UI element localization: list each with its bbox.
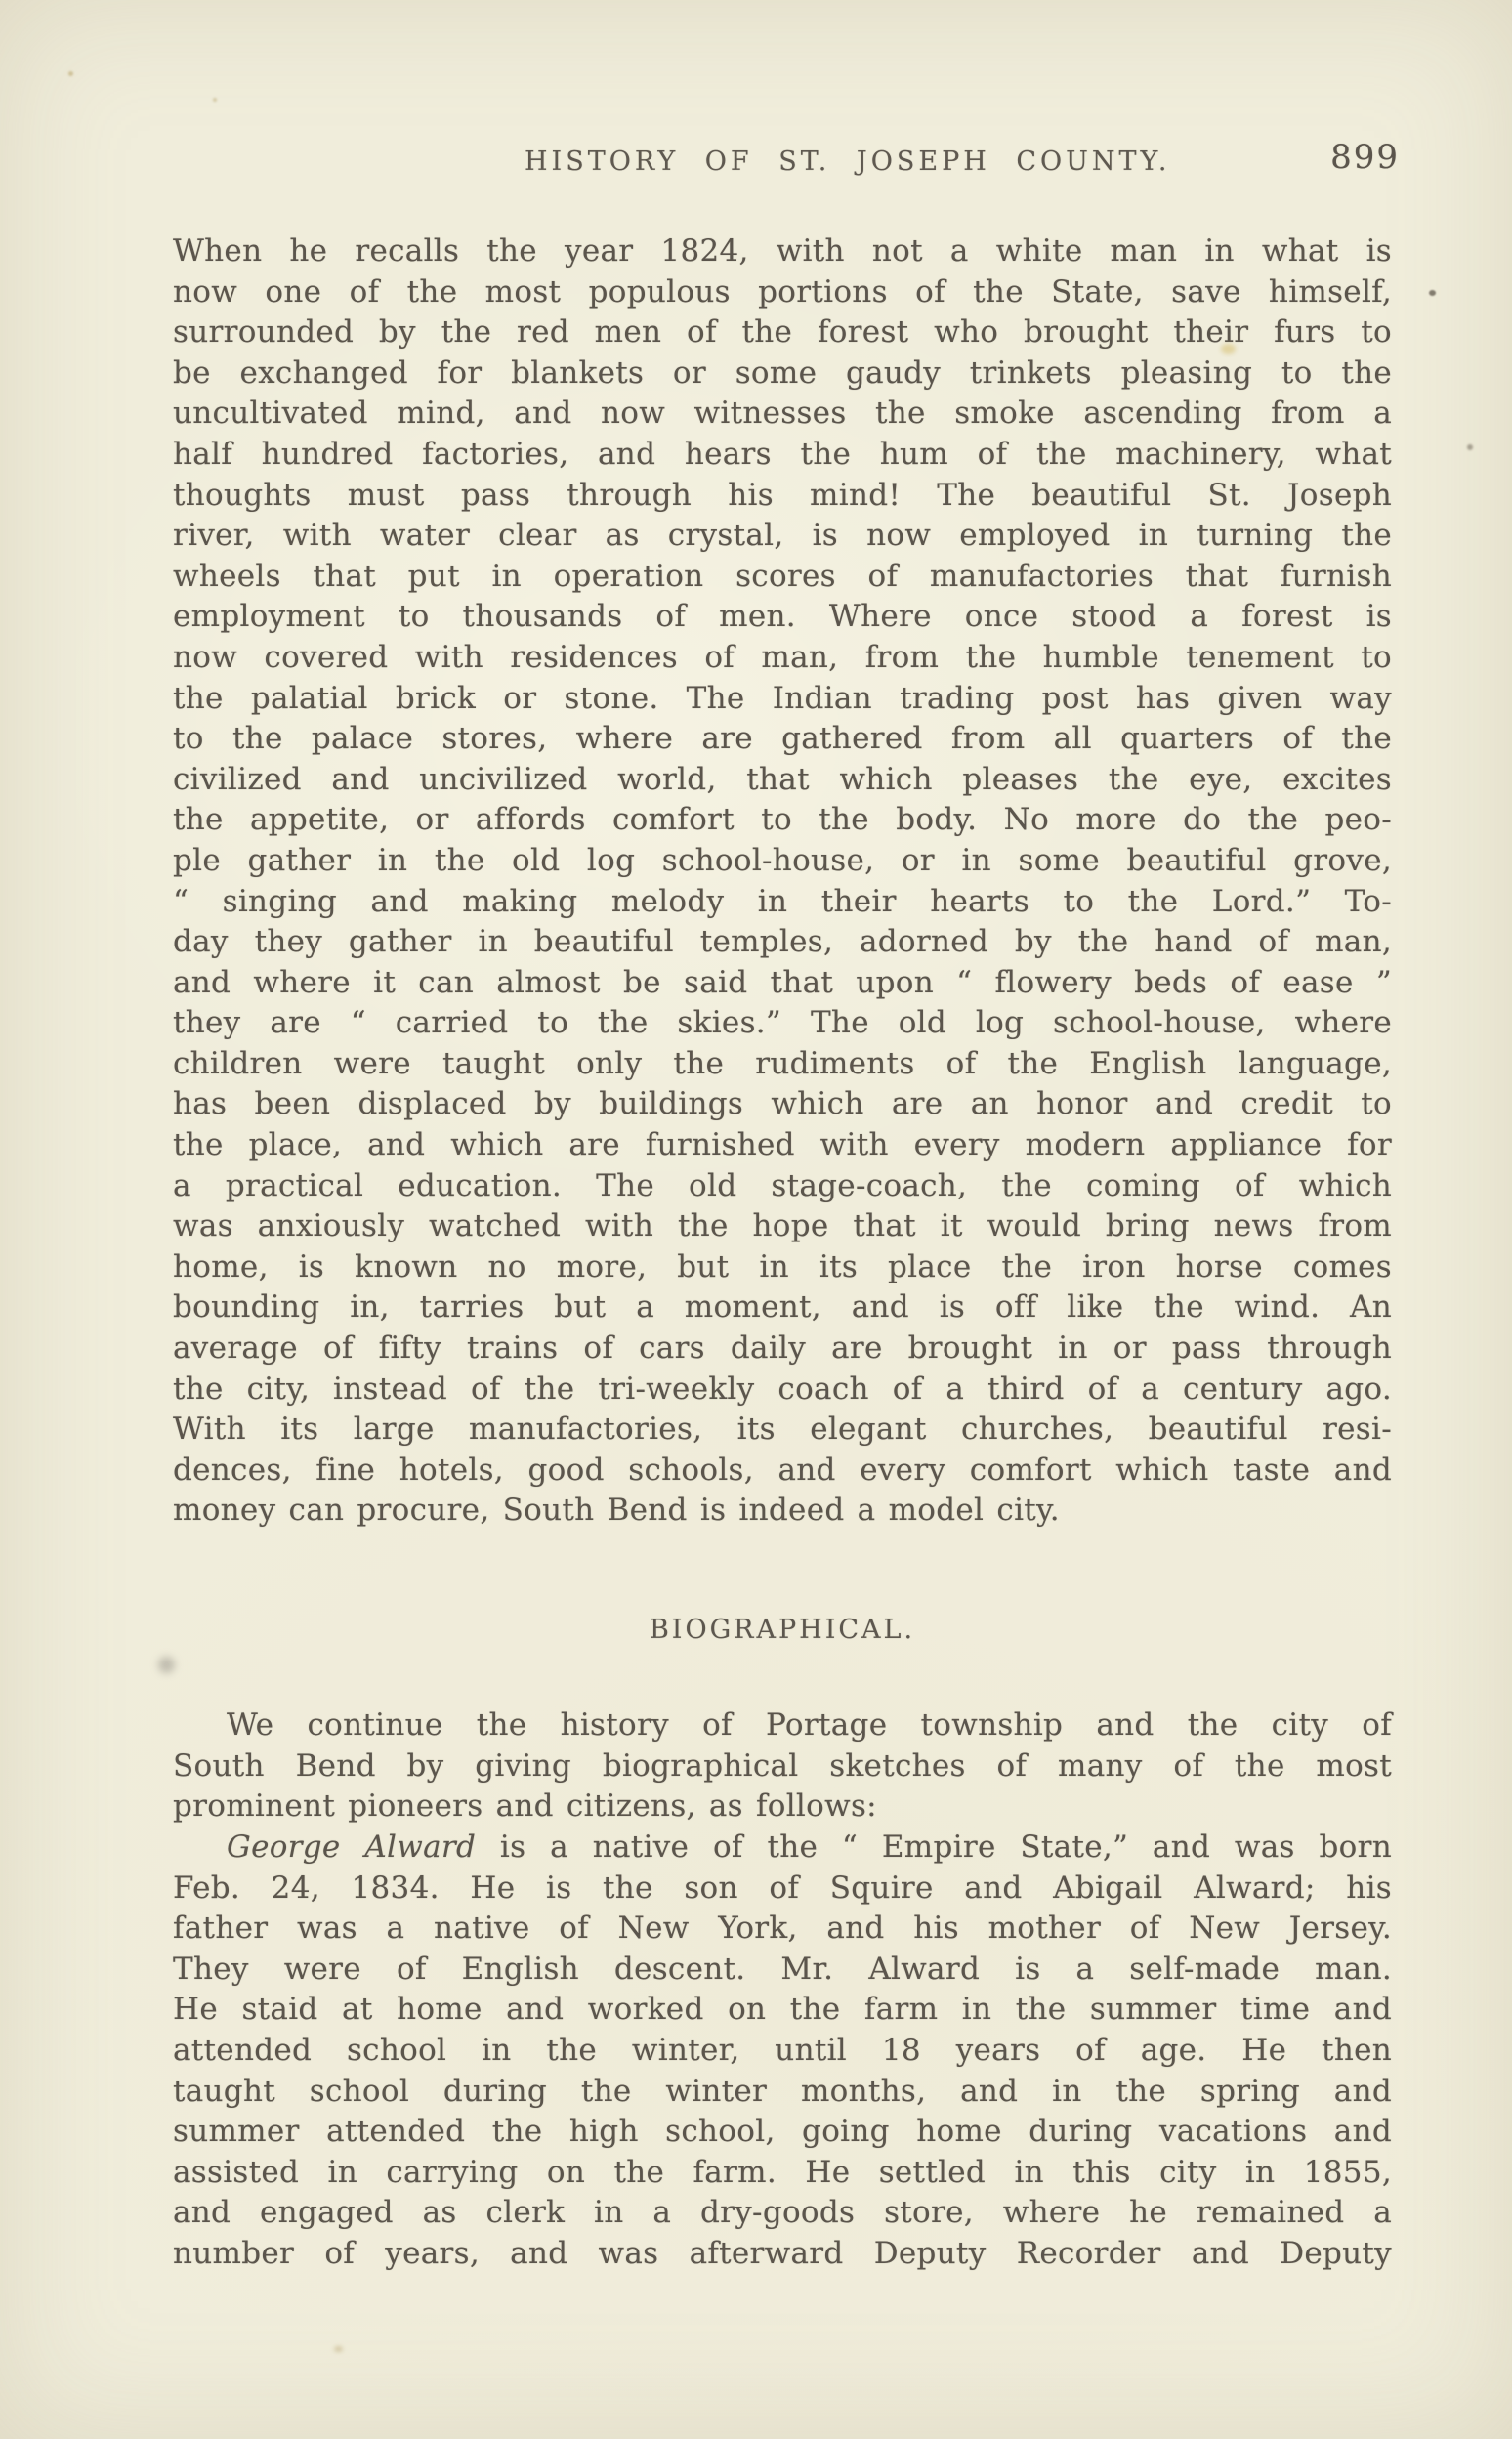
person-name-italic: George Alward [227, 1829, 476, 1865]
text-line: children were taught only the rudiments … [173, 1044, 1392, 1085]
paper-speck [1429, 290, 1436, 296]
text-line: number of years, and was afterward Deput… [173, 2234, 1392, 2275]
paragraph-intro: When he recalls the year 1824, with not … [173, 231, 1392, 1532]
paragraph-biographical-intro: We continue the history of Portage towns… [173, 1705, 1392, 1828]
paper-speck [334, 2346, 343, 2352]
text-line: be exchanged for blankets or some gaudy … [173, 354, 1392, 395]
text-line: now covered with residences of man, from… [173, 638, 1392, 679]
text-line: ple gather in the old log school-house, … [173, 841, 1392, 882]
text-line: a practical education. The old stage-coa… [173, 1166, 1392, 1207]
text-line: summer attended the high school, going h… [173, 2112, 1392, 2153]
book-page: HISTORY OF ST. JOSEPH COUNTY. 899 When h… [0, 0, 1512, 2439]
text-line: uncultivated mind, and now witnesses the… [173, 394, 1392, 435]
text-line: “ singing and making melody in their hea… [173, 882, 1392, 923]
page-number: 899 [1330, 138, 1400, 177]
running-head: HISTORY OF ST. JOSEPH COUNTY. [525, 147, 1170, 177]
text-line: prominent pioneers and citizens, as foll… [173, 1787, 1392, 1828]
text-line: South Bend by giving biographical sketch… [173, 1746, 1392, 1787]
text-line: We continue the history of Portage towns… [173, 1705, 1392, 1746]
text-line: employment to thousands of men. Where on… [173, 597, 1392, 638]
text-line: and where it can almost be said that upo… [173, 963, 1392, 1004]
text-line: taught school during the winter months, … [173, 2072, 1392, 2113]
text-line: thoughts must pass through his mind! The… [173, 476, 1392, 517]
paper-speck [68, 71, 73, 76]
text-line: average of fifty trains of cars daily ar… [173, 1328, 1392, 1369]
text-line: With its large manufactories, its elegan… [173, 1409, 1392, 1451]
text-line: When he recalls the year 1824, with not … [173, 231, 1392, 273]
paper-speck [1467, 444, 1473, 450]
text-line: they are “ carried to the skies.” The ol… [173, 1003, 1392, 1044]
text-line: now one of the most populous portions of… [173, 273, 1392, 314]
text-line: day they gather in beautiful temples, ad… [173, 922, 1392, 963]
text-line: was anxiously watched with the hope that… [173, 1206, 1392, 1247]
text-line: George Alward is a native of the “ Empir… [173, 1828, 1392, 1869]
text-line: They were of English descent. Mr. Alward… [173, 1950, 1392, 1991]
text-line: home, is known no more, but in its place… [173, 1247, 1392, 1288]
text-line: He staid at home and worked on the farm … [173, 1990, 1392, 2031]
text-line: attended school in the winter, until 18 … [173, 2031, 1392, 2072]
text-line: the appetite, or affords comfort to the … [173, 800, 1392, 841]
text-line: Feb. 24, 1834. He is the son of Squire a… [173, 1869, 1392, 1910]
text-line: half hundred factories, and hears the hu… [173, 435, 1392, 476]
text-line: civilized and uncivilized world, that wh… [173, 760, 1392, 801]
paragraph-george-alward: George Alward is a native of the “ Empir… [173, 1828, 1392, 2275]
text-line: assisted in carrying on the farm. He set… [173, 2153, 1392, 2194]
text-line: bounding in, tarries but a moment, and i… [173, 1287, 1392, 1328]
text-line: money can procure, South Bend is indeed … [173, 1491, 1392, 1532]
text-line: father was a native of New York, and his… [173, 1909, 1392, 1950]
text-line: dences, fine hotels, good schools, and e… [173, 1451, 1392, 1492]
section-heading: BIOGRAPHICAL. [173, 1615, 1392, 1645]
text-line: to the palace stores, where are gathered… [173, 719, 1392, 760]
text-line: surrounded by the red men of the forest … [173, 313, 1392, 354]
text-line: the palatial brick or stone. The Indian … [173, 679, 1392, 720]
paper-speck [213, 98, 217, 102]
text-line: has been displaced by buildings which ar… [173, 1084, 1392, 1125]
text-line: the city, instead of the tri-weekly coac… [173, 1369, 1392, 1410]
text-line: and engaged as clerk in a dry-goods stor… [173, 2193, 1392, 2234]
paper-smudge [158, 1657, 175, 1673]
text-line: the place, and which are furnished with … [173, 1125, 1392, 1166]
text-line: river, with water clear as crystal, is n… [173, 516, 1392, 557]
text-line: wheels that put in operation scores of m… [173, 557, 1392, 598]
